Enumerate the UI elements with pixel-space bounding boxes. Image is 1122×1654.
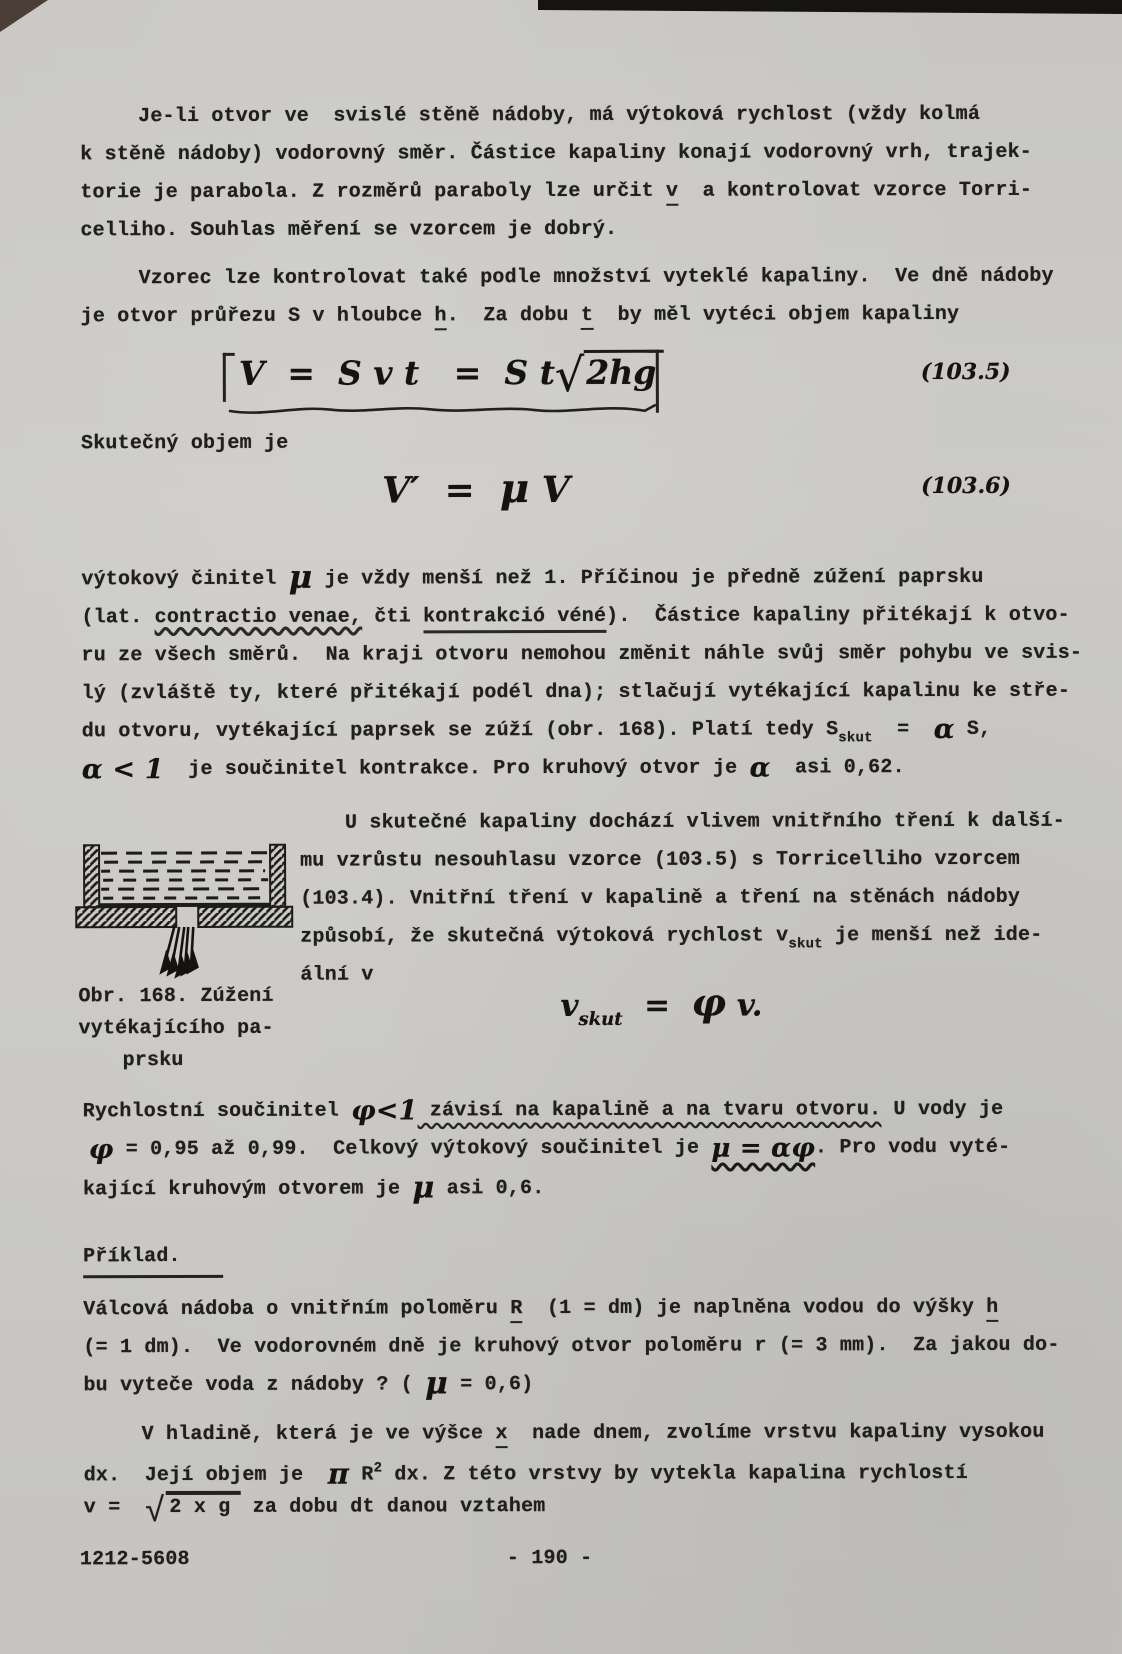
text-segment: . Pro vodu vyté- [815, 1136, 1010, 1160]
text-segment: kající kruhovým otvorem je [83, 1177, 413, 1201]
phi-symbol: φ [692, 980, 727, 1025]
underlined-symbol-h: h [434, 304, 446, 330]
text-line: kající kruhovým otvorem je μ asi 0,6. [83, 1176, 545, 1202]
text-segment: je součinitel kontrakce. Pro kruhový otv… [164, 757, 750, 782]
text-line: výtokový činitel μ je vždy menší než 1. … [81, 565, 983, 592]
text-line: lý (zvláště ty, které přitékají podél dn… [82, 679, 1070, 707]
equation-vskut: vskut = φ v. [560, 979, 762, 1030]
jet-arrows [161, 927, 197, 976]
figure-168-drawing [74, 841, 296, 982]
text-segment: Válcová nádoba o vnitřním poloměru [83, 1297, 510, 1321]
equation-body: v. [726, 987, 763, 1023]
alpha-inequality: α < 1 [82, 754, 164, 785]
text-line: α < 1 je součinitel kontrakce. Pro kruho… [82, 755, 905, 782]
text-segment: (= 1 dm). Ve vodorovném dně je kruhový o… [83, 1334, 1059, 1360]
text-line: du otvoru, vytékající paprsek se zúží (o… [82, 717, 992, 753]
pi-symbol: π [328, 1457, 350, 1491]
text-line: dx. Její objem je π R2 dx. Z této vrstvy… [84, 1455, 968, 1488]
text-segment: S, [955, 718, 992, 741]
figure-caption: prsku [123, 1048, 184, 1073]
text-segment: (103.4). Vnitřní tření v kapalině a třen… [300, 886, 1020, 911]
radical-sign: √ [555, 348, 584, 402]
text-segment: dx. Z této vrstvy by vytekla kapalina ry… [382, 1462, 968, 1487]
text-segment: celliho. Souhlas měření se vzorcem je do… [80, 218, 617, 242]
underlined-term: kontrakció véné [423, 605, 606, 633]
text-line: bu vyteče voda z nádoby ? ( μ = 0,6) [83, 1372, 533, 1398]
page-content: Je-li otvor ve svislé stěně nádoby, má v… [0, 0, 1122, 1654]
text-segment: Je-li otvor ve svislé stěně nádoby, má v… [138, 103, 980, 128]
equation-body: V = S v t = S t [239, 353, 555, 393]
mu-alphaphi-expression: μ = αφ [711, 1133, 815, 1163]
text-segment: asi 0,62. [771, 756, 905, 779]
text-line: v = √2 x g za dobu dt danou vztahem [84, 1494, 546, 1526]
subscript-skut: skut [578, 1009, 622, 1030]
text-line: (lat. contractio venae, čti kontrakció v… [81, 603, 1069, 631]
text-segment: = [873, 718, 934, 741]
text-segment: R [349, 1463, 373, 1486]
subscript-skut: skut [788, 936, 822, 952]
tank-walls [76, 845, 292, 928]
text-segment: mu vzrůstu nesouhlasu vzorce (103.5) s T… [300, 848, 1020, 873]
equation-103-6: V′ = μ V [382, 465, 570, 512]
subscript-skut: skut [838, 730, 872, 746]
text-line: U skutečné kapaliny dochází vlivem vnitř… [345, 809, 1065, 836]
phi-symbol: φ [89, 1134, 114, 1165]
hand-wavy-underline [225, 400, 661, 419]
text-line: Je-li otvor ve svislé stěně nádoby, má v… [138, 102, 980, 129]
underlined-symbol-R: R [510, 1297, 522, 1323]
text-segment: Rychlostní součinitel [83, 1100, 352, 1124]
underlined-symbol-x: x [495, 1422, 507, 1448]
mu-symbol: μ [425, 1365, 448, 1401]
alpha-symbol: α [750, 752, 771, 783]
text-segment: Obr. 168. Zúžení [78, 985, 273, 1009]
text-segment: a kontrolovat vzorce Torri- [678, 179, 1032, 203]
equation-number: (103.6) [921, 473, 1011, 499]
text-line: celliho. Souhlas měření se vzorcem je do… [80, 217, 617, 243]
equation-body: V′ = [382, 469, 500, 511]
text-line: (= 1 dm). Ve vodorovném dně je kruhový o… [83, 1333, 1059, 1361]
heading-priklad: Příklad. [83, 1244, 181, 1269]
text-segment: - 190 - [507, 1547, 592, 1570]
text-line: (103.4). Vnitřní tření v kapalině a třen… [300, 885, 1020, 912]
text-segment: asi 0,6. [435, 1177, 545, 1200]
text-segment: vytékajícího pa- [78, 1017, 273, 1041]
text-segment: prsku [123, 1049, 184, 1072]
text-segment: torie je parabola. Z rozměrů paraboly lz… [80, 180, 666, 205]
text-segment: = 0,6) [448, 1373, 533, 1396]
text-segment: (1 = dm) je naplněna vodou do výšky [523, 1296, 987, 1320]
text-segment: 1212-5608 [80, 1548, 190, 1571]
text-segment: U vody je [881, 1098, 1003, 1121]
underlined-symbol-v: v [666, 180, 678, 206]
text-segment: Skutečný objem je [81, 432, 288, 456]
scanned-textbook-page: Je-li otvor ve svislé stěně nádoby, má v… [0, 0, 1122, 1654]
text-segment: je menší než ide- [823, 924, 1043, 948]
heading-underline [83, 1275, 223, 1278]
text-segment: lý (zvláště ty, které přitékají podél dn… [82, 680, 1070, 706]
text-segment: bu vyteče voda z nádoby ? ( [83, 1373, 425, 1397]
text-line: torie je parabola. Z rozměrů paraboly lz… [80, 178, 1032, 205]
water-dashes [101, 853, 268, 898]
text-line: Rychlostní součinitel φ<1 závisí na kapa… [83, 1097, 1004, 1124]
text-segment: V hladině, která je ve výšce [142, 1422, 496, 1446]
text-line: mu vzrůstu nesouhlasu vzorce (103.5) s T… [300, 847, 1020, 874]
radical-sign: √ [145, 1494, 166, 1532]
text-segment: výtokový činitel [81, 568, 288, 592]
underlined-phrase: závisí na kapalině a na tvaru otvoru. [418, 1098, 882, 1122]
equation-body: = [622, 988, 691, 1024]
text-line: Vzorec lze kontrolovat také podle množst… [139, 264, 1054, 291]
equation-body: v [560, 988, 578, 1024]
equation-103-5: V = S v t = S t√2hg [239, 348, 665, 403]
text-line: Válcová nádoba o vnitřním poloměru R (1 … [83, 1295, 998, 1322]
phi-inequality: φ<1 [351, 1095, 418, 1126]
text-line: způsobí, že skutečná výtoková rychlost v… [300, 923, 1042, 959]
mu-symbol: μ [289, 558, 313, 596]
figure-caption: vytékajícího pa- [78, 1016, 273, 1042]
underlined-symbol-t: t [581, 304, 593, 330]
text-segment: du otvoru, vytékající paprsek se zúží (o… [82, 718, 839, 743]
text-segment: je otvor průřezu S v hloubce [81, 304, 435, 328]
text-segment: dx. Její objem je [84, 1464, 328, 1488]
text-segment: ru ze všech směrů. Na kraji otvoru nemoh… [82, 642, 1083, 668]
text-segment: . Za dobu [447, 304, 581, 327]
alpha-symbol: α [934, 714, 955, 745]
text-line: je otvor průřezu S v hloubce h. Za dobu … [81, 302, 960, 329]
page-number: - 190 - [507, 1546, 592, 1571]
text-segment: způsobí, že skutečná výtoková rychlost v [300, 924, 788, 948]
text-segment: nade dnem, zvolíme vrstvu kapaliny vysok… [508, 1421, 1045, 1445]
superscript-2: 2 [374, 1460, 383, 1476]
text-segment: U skutečné kapaliny dochází vlivem vnitř… [345, 810, 1065, 835]
text-segment: ). Částice kapaliny přitékají k otvo- [606, 604, 1070, 628]
text-segment: Vzorec lze kontrolovat také podle množst… [139, 265, 1054, 290]
mu-symbol: μ [412, 1170, 434, 1205]
text-segment: čti [362, 605, 423, 628]
text-line: k stěně nádoby) vodorovný směr. Částice … [80, 140, 1032, 167]
text-segment: by měl vytéci objem kapaliny [593, 303, 959, 327]
text-segment: = 0,95 až 0,99. Celkový výtokový součini… [113, 1137, 711, 1162]
text-segment: za dobu dt danou vztahem [240, 1495, 545, 1519]
text-segment: k stěně nádoby) vodorovný směr. Částice … [80, 141, 1032, 166]
text-line: V hladině, která je ve výšce x nade dnem… [142, 1420, 1045, 1447]
underlined-symbol-h: h [986, 1296, 998, 1322]
text-segment: ální v [300, 963, 373, 986]
print-code: 1212-5608 [80, 1547, 190, 1572]
text-line: ru ze všech směrů. Na kraji otvoru nemoh… [82, 641, 1083, 669]
text-line: ální v [300, 962, 373, 987]
figure-caption: Obr. 168. Zúžení [78, 984, 273, 1010]
equation-body: V [529, 469, 570, 511]
radicand: 2 x g [165, 1491, 240, 1519]
text-line: Skutečný objem je [81, 431, 289, 457]
equation-number: (103.5) [921, 359, 1011, 385]
heading-text: Příklad. [83, 1245, 181, 1268]
equation-bracket-left [223, 353, 235, 402]
text-segment: v = [84, 1496, 145, 1519]
mu-symbol: μ [500, 465, 529, 512]
text-line: φ = 0,95 až 0,99. Celkový výtokový souči… [89, 1135, 1010, 1162]
text-segment: (lat. [81, 606, 154, 629]
scribbled-term: contractio venae, [155, 606, 362, 630]
text-segment: je vždy menší než 1. Příčinou je předně … [312, 566, 983, 591]
